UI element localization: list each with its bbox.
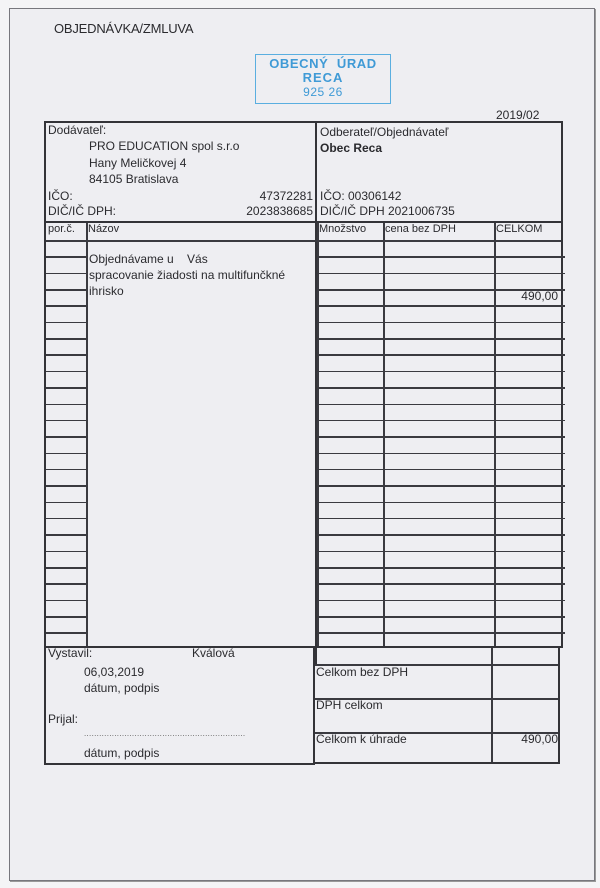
grid-line	[46, 289, 86, 291]
grid-line	[46, 273, 86, 275]
grid-line	[317, 305, 565, 307]
grid-line	[46, 256, 86, 258]
supplier-name: PRO EDUCATION spol s.r.o	[89, 139, 239, 153]
col-header-total: CELKOM	[496, 223, 542, 235]
document-number: 2019/02	[496, 108, 539, 122]
grid-line	[46, 518, 86, 520]
grid-line	[46, 600, 86, 602]
grid-line	[317, 583, 565, 585]
supplier-label: Dodávateľ:	[48, 123, 106, 137]
grid-line	[317, 273, 565, 275]
stamp-line-3: 925 26	[256, 85, 390, 99]
grid-line	[317, 600, 565, 602]
grid-line	[317, 616, 565, 618]
issued-date: 06,03,2019	[84, 665, 144, 679]
item-total: 490,00	[521, 289, 558, 303]
grid-line	[46, 485, 86, 487]
stamp-line-1: OBECNÝ ÚRAD	[256, 57, 390, 71]
grid-line	[317, 322, 565, 324]
supplier-ico-label: IČO:	[48, 189, 73, 203]
grid-line	[46, 240, 561, 242]
grid-line	[46, 354, 86, 356]
grid-line	[46, 387, 86, 389]
grid-line	[46, 502, 86, 504]
customer-name: Obec Reca	[320, 141, 382, 155]
grid-line	[86, 223, 88, 648]
grid-line	[46, 583, 86, 585]
grid-line	[46, 436, 86, 438]
grid-line	[46, 534, 86, 536]
grid-line	[317, 518, 565, 520]
issued-date-sign-label: dátum, podpis	[84, 681, 159, 695]
supplier-city: 84105 Bratislava	[89, 172, 178, 186]
grid-line	[317, 567, 565, 569]
item-description-line-3: ihrisko	[89, 284, 124, 298]
grid-line	[317, 387, 565, 389]
signature-line: ........................................…	[84, 729, 245, 738]
issued-label: Vystavil:	[48, 646, 92, 660]
grid-line	[317, 551, 565, 553]
grid-line	[317, 469, 565, 471]
office-stamp: OBECNÝ ÚRAD RECA 925 26	[255, 54, 391, 104]
customer-dic: DIČ/IČ DPH 2021006735	[320, 204, 455, 218]
total-value: 490,00	[521, 732, 558, 746]
grid-line	[317, 420, 565, 422]
total-label: Celkom k úhrade	[316, 732, 407, 746]
item-description-line-1: Objednávame u Vás	[89, 252, 208, 266]
grid-line	[317, 485, 565, 487]
vat-label: DPH celkom	[316, 698, 383, 712]
customer-label: Odberateľ/Objednávateľ	[320, 125, 448, 139]
grid-line	[46, 305, 86, 307]
supplier-ico: 47372281	[260, 189, 313, 203]
grid-line	[46, 404, 86, 406]
grid-line	[317, 338, 565, 340]
grid-line	[317, 453, 565, 455]
col-header-quantity: Množstvo	[319, 223, 366, 235]
stamp-line-2: RECA	[256, 71, 390, 85]
grid-line	[46, 551, 86, 553]
supplier-dic: 2023838685	[246, 204, 313, 218]
document-title: OBJEDNÁVKA/ZMLUVA	[54, 21, 193, 36]
grid-line	[46, 453, 86, 455]
grid-line	[317, 371, 565, 373]
grid-line	[317, 256, 565, 258]
grid-line	[46, 469, 86, 471]
grid-line	[46, 632, 86, 634]
grid-line	[317, 502, 565, 504]
supplier-dic-label: DIČ/IČ DPH:	[48, 204, 116, 218]
customer-ico: IČO: 00306142	[320, 189, 401, 203]
grid-line	[317, 404, 565, 406]
grid-line	[46, 567, 86, 569]
item-description-line-2: spracovanie žiadosti na multifunčkné	[89, 268, 285, 282]
grid-line	[46, 338, 86, 340]
col-header-name: Názov	[88, 223, 119, 235]
issued-by: Kválová	[192, 646, 235, 660]
grid-line	[317, 354, 565, 356]
received-date-sign-label: dátum, podpis	[84, 746, 159, 760]
subtotal-label: Celkom bez DPH	[316, 665, 408, 679]
grid-line	[317, 632, 565, 634]
grid-line	[317, 436, 565, 438]
supplier-street: Hany Meličkovej 4	[89, 156, 186, 170]
col-header-price: cena bez DPH	[385, 223, 456, 235]
received-label: Prijal:	[48, 712, 78, 726]
grid-line	[46, 420, 86, 422]
grid-line	[317, 534, 565, 536]
col-header-number: por.č.	[48, 223, 75, 235]
grid-line	[46, 616, 86, 618]
grid-line	[46, 322, 86, 324]
grid-line	[46, 371, 86, 373]
